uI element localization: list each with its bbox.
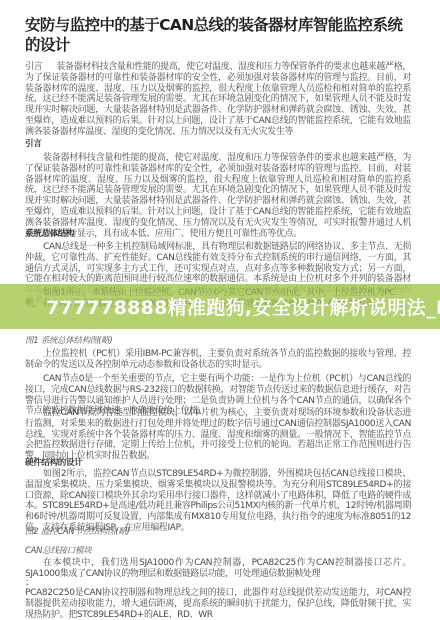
section-heading-system-structure: 系统总体结构	[25, 227, 74, 239]
article-title: 安防与监控中的基于CAN总线的装备器材库智能监控系统的设计	[25, 15, 417, 55]
can-interface-paragraph-1: 在本模块中，我们选用SJA1000作为CAN控制器，PCA82C25作为CAN控…	[25, 558, 411, 580]
abstract-label: 引言	[25, 62, 42, 72]
abstract-text: 装备器材科技含量和性能的提高，使它对温度、湿度和压力等保管条件的要求也越来越严格…	[25, 62, 411, 137]
overlay-banner-text: 777778888精准跑狗,安全设计解析说明法_DEG2.17	[46, 293, 440, 320]
system-structure-paragraph-3: 上位监控机（PC机）采用IBM-PC兼容机，主要负责对系统各节点的监控数据的接收…	[25, 349, 411, 371]
figure-2-caption: 图2 监控CAN节点结构图(略)	[25, 525, 130, 537]
overlay-banner: 如图1所示，本系统由上位监控机、CAN节点0与其它CAN节点组成。其中，上位监控…	[0, 284, 440, 329]
abstract: 引言装备器材科技含量和性能的提高，使它对温度、湿度和压力等保管条件的要求也越来越…	[25, 62, 411, 138]
can-interface-paragraph-2: PCA82C250是CAN协议控制器和物理总线之间的接口，此器件对总线提供差动发…	[25, 588, 411, 620]
section-heading-intro: 引言	[25, 137, 41, 149]
system-structure-paragraph-5: 监控CAN节点为智能型的监控模块，以单片机为核心，主要负责对现场的环境参数和设备…	[25, 408, 411, 462]
figure-1-caption: 图1 系统总体结构图(略)	[25, 334, 112, 346]
section-heading-hardware: 硬件结构的设计	[25, 456, 82, 468]
intro-paragraph: 装备器材科技含量和性能的提高，使它对温度、湿度和压力等保管条件的要求也越来越严格…	[25, 153, 411, 239]
subheading-can-interface: CAN总线接口模块	[25, 544, 91, 556]
can-interface-separator: ；	[25, 580, 411, 586]
